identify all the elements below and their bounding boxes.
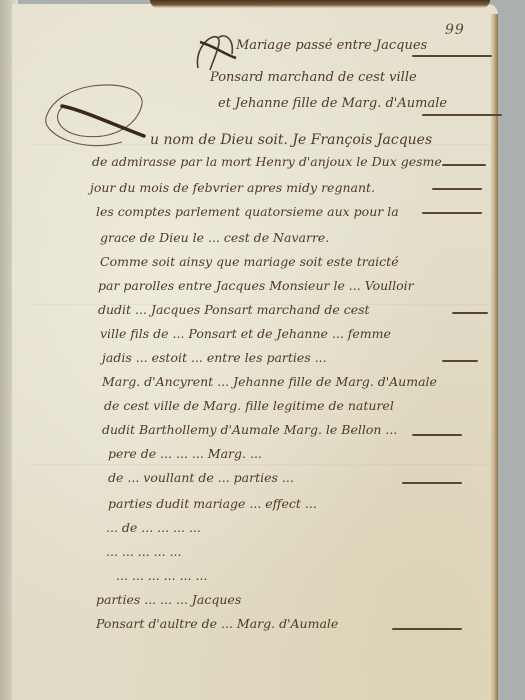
body-line-2: de admirasse par la mort Henry d'anjoux … [92,154,442,169]
flourish-line [402,482,462,484]
page-edge [490,14,498,700]
heading-line-2: Ponsard marchand de cest ville [210,70,417,85]
body-line-11: Marg. d'Ancyrent ... Jehanne fille de Ma… [102,374,437,389]
body-line-15: de ... voullant de ... parties ... [108,470,294,485]
body-line-7: par parolles entre Jacques Monsieur le .… [98,278,414,293]
flourish-line [422,212,482,214]
heading-line-3: et Jehanne fille de Marg. d'Aumale [218,96,447,111]
body-line-21: Ponsart d'aultre de ... Marg. d'Aumale [96,616,338,631]
body-line-13: dudit Barthollemy d'Aumale Marg. le Bell… [102,422,397,437]
flourish-line [412,434,462,436]
flourish-line [412,55,492,57]
body-line-17: ... de ... ... ... ... [106,520,201,535]
manuscript-page: 99 Mariage passé entre Jacques Ponsard m… [12,4,498,700]
decorative-initial-a-icon [42,84,172,164]
flourish-line [442,360,478,362]
faint-ruling [32,464,502,465]
body-line-8: dudit ... Jacques Ponsart marchand de ce… [98,302,370,317]
flourish-line [422,114,502,116]
body-line-1: u nom de Dieu soit. Je François Jacques [150,132,432,148]
body-line-20: parties ... ... ... Jacques [96,592,241,607]
body-line-3: jour du mois de febvrier apres midy regn… [90,180,375,195]
body-line-10: jadis ... estoit ... entre les parties .… [102,350,327,365]
book-top-edge [150,0,490,8]
body-line-14: pere de ... ... ... Marg. ... [108,446,262,461]
flourish-line [432,188,482,190]
body-line-12: de cest ville de Marg. fille legitime de… [104,398,394,413]
flourish-line [392,628,462,630]
heading-line-1: Mariage passé entre Jacques [236,38,427,53]
body-line-19: ... ... ... ... ... ... [116,568,207,583]
flourish-line [442,164,486,166]
flourish-line [452,312,488,314]
decorative-initial-m-icon [192,28,242,76]
body-line-9: ville fils de ... Ponsart et de Jehanne … [100,326,391,341]
body-line-4: les comptes parlement quatorsieme aux po… [96,204,399,219]
body-line-16: parties dudit mariage ... effect ... [108,496,317,511]
body-line-5: grace de Dieu le ... cest de Navarre. [100,230,329,245]
page-number: 99 [445,22,465,38]
body-line-18: ... ... ... ... ... [106,544,182,559]
body-line-6: Comme soit ainsy que mariage soit este t… [100,254,399,269]
